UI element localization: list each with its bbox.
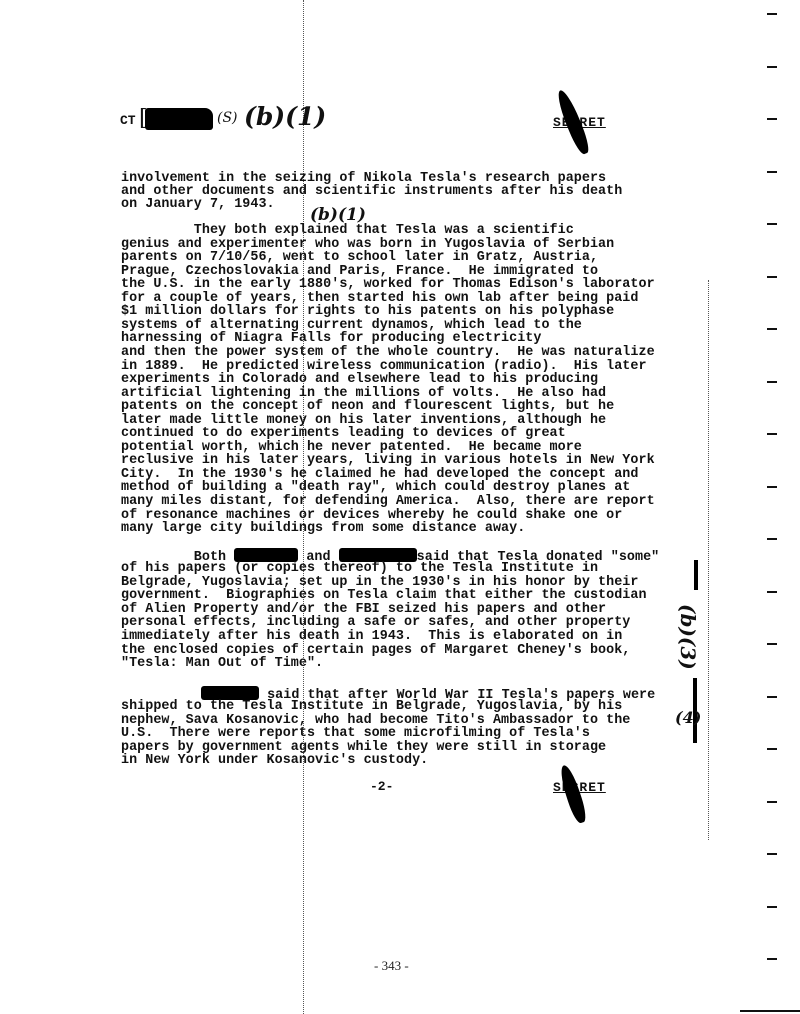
paragraph-line: many large city buildings from some dist… (121, 522, 525, 536)
paragraph-line: potential worth, which he never patented… (121, 441, 582, 455)
paragraph-line: parents on 7/10/56, went to school later… (121, 251, 598, 265)
paragraph-line: method of building a "death ray", which … (121, 481, 630, 495)
margin-tick (767, 223, 777, 225)
redaction-block (145, 108, 213, 130)
margin-tick (767, 853, 777, 855)
paragraph-line: artificial lightening in the millions of… (121, 387, 606, 401)
margin-tick (767, 643, 777, 645)
bottom-rule (740, 1010, 800, 1012)
exemption-mark: (b)(1) (244, 102, 326, 131)
margin-tick (767, 748, 777, 750)
paragraph-line: $1 million dollars for rights to his pat… (121, 305, 614, 319)
typed-page-number: -2- (370, 779, 393, 794)
paragraph-line: of Alien Property and/or the FBI seized … (121, 603, 606, 617)
margin-tick (767, 66, 777, 68)
margin-tick (767, 118, 777, 120)
stamped-page-number: - 343 - (374, 958, 409, 974)
margin-tick (767, 328, 777, 330)
paragraph-line: experiments in Colorado and elsewhere le… (121, 373, 598, 387)
paragraph-line: harnessing of Niagra Falls for producing… (121, 332, 541, 346)
paragraph-line: for a couple of years, then started his … (121, 292, 638, 306)
margin-tick (767, 538, 777, 540)
margin-tick (767, 591, 777, 593)
margin-tick (767, 433, 777, 435)
paragraph-line: "Tesla: Man Out of Time". (121, 657, 323, 671)
paragraph-line: and then the power system of the whole c… (121, 346, 655, 360)
margin-tick (767, 906, 777, 908)
paragraph-line: Prague, Czechoslovakia and Paris, France… (121, 265, 598, 279)
paragraph-line: of his papers (or copies thereof) to the… (121, 562, 598, 576)
margin-tick (767, 958, 777, 960)
paragraph-line: government. Biographies on Tesla claim t… (121, 589, 647, 603)
margin-tick (767, 171, 777, 173)
paragraph-line: reclusive in his later years, living in … (121, 454, 655, 468)
document-page: CT [ (S) (b)(1) SECRET involvement in th… (0, 0, 800, 1014)
classification-prefix: CT (120, 113, 136, 128)
paragraph-line: continued to do experiments leading to d… (121, 427, 566, 441)
paragraph-line: the U.S. in the early 1880's, worked for… (121, 278, 655, 292)
paragraph-line: the enclosed copies of certain pages of … (121, 644, 630, 658)
scan-artifact-line (708, 280, 709, 840)
margin-tick (767, 13, 777, 15)
paragraph-line: shipped to the Tesla Institute in Belgra… (121, 700, 622, 714)
paragraph-line: personal effects, including a safe or sa… (121, 616, 630, 630)
paragraph-line: of resonance machines or devices whereby… (121, 509, 622, 523)
paragraph-line: U.S. There were reports that some microf… (121, 727, 590, 741)
paragraph-line: in 1889. He predicted wireless communica… (121, 360, 647, 374)
paragraph-line: papers by government agents while they w… (121, 741, 606, 755)
margin-tick (767, 801, 777, 803)
paragraph-line: immediately after his death in 1943. Thi… (121, 630, 622, 644)
handwritten-exemption-note: (b)(1) (310, 205, 366, 225)
paragraph-line: on January 7, 1943. (121, 198, 275, 212)
redaction-block (234, 548, 298, 562)
redaction-block (201, 686, 259, 700)
paragraph-line: later made little money on his later inv… (121, 414, 606, 428)
margin-note: (4) (675, 708, 701, 727)
classification-suffix: (S) (217, 110, 238, 126)
margin-exemption-note: (b)(3) (676, 604, 700, 670)
paragraph-line: patents on the concept of neon and flour… (121, 400, 614, 414)
paragraph-line: genius and experimenter who was born in … (121, 238, 614, 252)
margin-tick (767, 696, 777, 698)
paragraph-line: many miles distant, for defending Americ… (121, 495, 655, 509)
margin-tick (767, 381, 777, 383)
margin-bracket (694, 560, 698, 590)
paragraph-line: City. In the 1930's he claimed he had de… (121, 468, 638, 482)
paragraph-line: nephew, Sava Kosanovic, who had become T… (121, 714, 630, 728)
paragraph-line: in New York under Kosanovic's custody. (121, 754, 428, 768)
margin-tick (767, 486, 777, 488)
margin-tick (767, 276, 777, 278)
paragraph-line: systems of alternating current dynamos, … (121, 319, 582, 333)
redaction-block (339, 548, 417, 562)
paragraph-line: They both explained that Tesla was a sci… (121, 224, 574, 238)
paragraph-line: Belgrade, Yugoslavia; set up in the 1930… (121, 576, 638, 590)
